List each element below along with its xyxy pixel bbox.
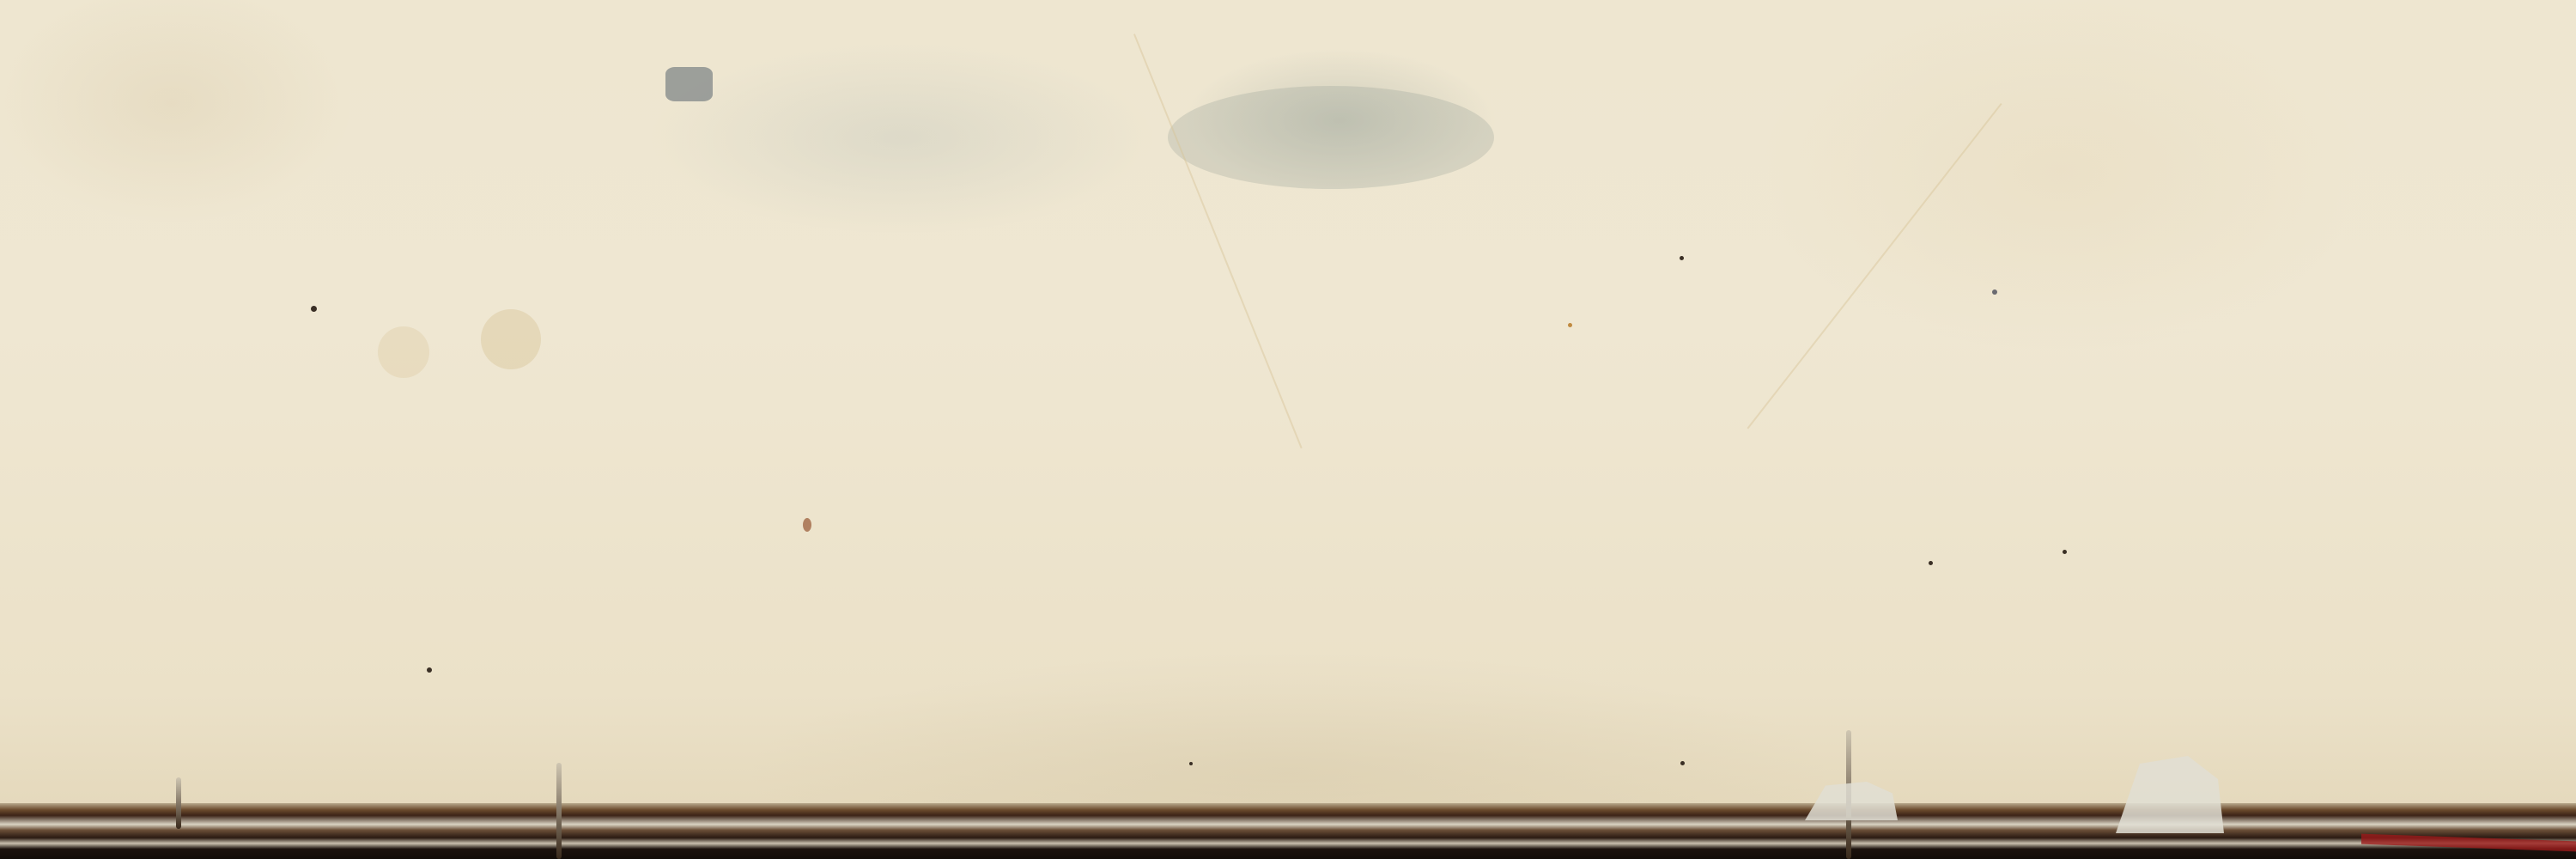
paper-photo xyxy=(0,0,2576,859)
speck xyxy=(1680,761,1685,765)
speck xyxy=(1568,323,1572,327)
speck xyxy=(1189,762,1193,765)
speck xyxy=(311,306,317,312)
speck xyxy=(1929,561,1933,565)
binding-thread xyxy=(176,777,181,829)
speck xyxy=(1992,289,1997,295)
binding-thread xyxy=(556,763,562,859)
speck xyxy=(803,518,811,532)
speck xyxy=(2063,550,2067,554)
speck xyxy=(1680,256,1684,260)
ink-smudge xyxy=(665,67,713,101)
foxing-stain xyxy=(481,309,541,369)
speck xyxy=(427,667,432,673)
gray-smudge xyxy=(1168,86,1494,189)
foxing-stain xyxy=(378,326,429,378)
